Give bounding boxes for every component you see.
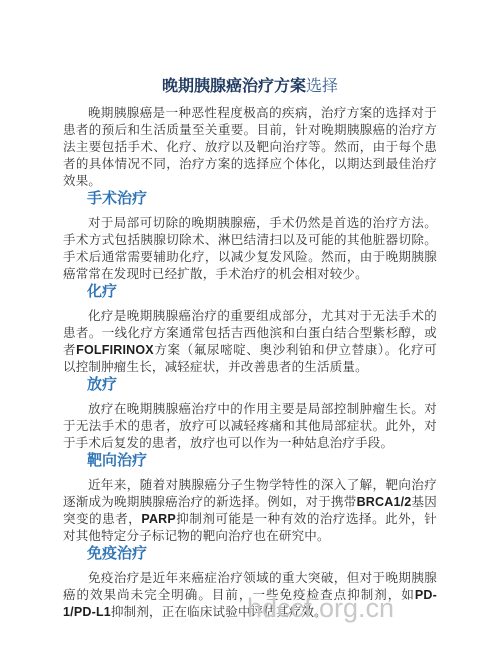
document-page: 晚期胰腺癌治疗方案选择 晚期胰腺癌是一种恶性程度极高的疾病，治疗方案的选择对于患… bbox=[0, 0, 500, 647]
section-heading-immunotherapy: 免疫治疗 bbox=[87, 545, 437, 563]
page-title-main: 晚期胰腺癌治疗方案 bbox=[162, 78, 306, 95]
watermark-text: hdccf.org.cn bbox=[247, 595, 394, 622]
section-radiotherapy: 放疗 放疗在晚期胰腺癌治疗中的作用主要是局部控制肿瘤生长。对于无法手术的患者，放… bbox=[63, 376, 437, 452]
section-targeted-therapy: 靶向治疗 近年来，随着对胰腺癌分子生物学特性的深入了解，靶向治疗逐渐成为晚期胰腺… bbox=[63, 452, 437, 545]
intro-paragraph: 晚期胰腺癌是一种恶性程度极高的疾病，治疗方案的选择对于患者的预后和生活质量至关重… bbox=[63, 105, 437, 190]
page-title: 晚期胰腺癌治疗方案选择 bbox=[63, 77, 437, 96]
section-heading-targeted-therapy: 靶向治疗 bbox=[87, 452, 437, 470]
section-paragraph-targeted-therapy: 近年来，随着对胰腺癌分子生物学特性的深入了解，靶向治疗逐渐成为晚期胰腺癌治疗的新… bbox=[63, 477, 437, 545]
section-chemotherapy: 化疗 化疗是晚期胰腺癌治疗的重要组成部分，尤其对于无法手术的患者。一线化疗方案通… bbox=[63, 283, 437, 376]
section-paragraph-radiotherapy: 放疗在晚期胰腺癌治疗中的作用主要是局部控制肿瘤生长。对于无法手术的患者，放疗可以… bbox=[63, 401, 437, 452]
page-title-suffix: 选择 bbox=[306, 78, 338, 95]
section-heading-surgery: 手术治疗 bbox=[87, 190, 437, 208]
section-surgery: 手术治疗 对于局部可切除的晚期胰腺癌，手术仍然是首选的治疗方法。手术方式包括胰腺… bbox=[63, 190, 437, 283]
section-paragraph-surgery: 对于局部可切除的晚期胰腺癌，手术仍然是首选的治疗方法。手术方式包括胰腺切除术、淋… bbox=[63, 215, 437, 283]
section-heading-chemotherapy: 化疗 bbox=[87, 283, 437, 301]
section-heading-radiotherapy: 放疗 bbox=[87, 376, 437, 394]
document-content: 晚期胰腺癌治疗方案选择 晚期胰腺癌是一种恶性程度极高的疾病，治疗方案的选择对于患… bbox=[0, 0, 500, 621]
section-paragraph-chemotherapy: 化疗是晚期胰腺癌治疗的重要组成部分，尤其对于无法手术的患者。一线化疗方案通常包括… bbox=[63, 308, 437, 376]
